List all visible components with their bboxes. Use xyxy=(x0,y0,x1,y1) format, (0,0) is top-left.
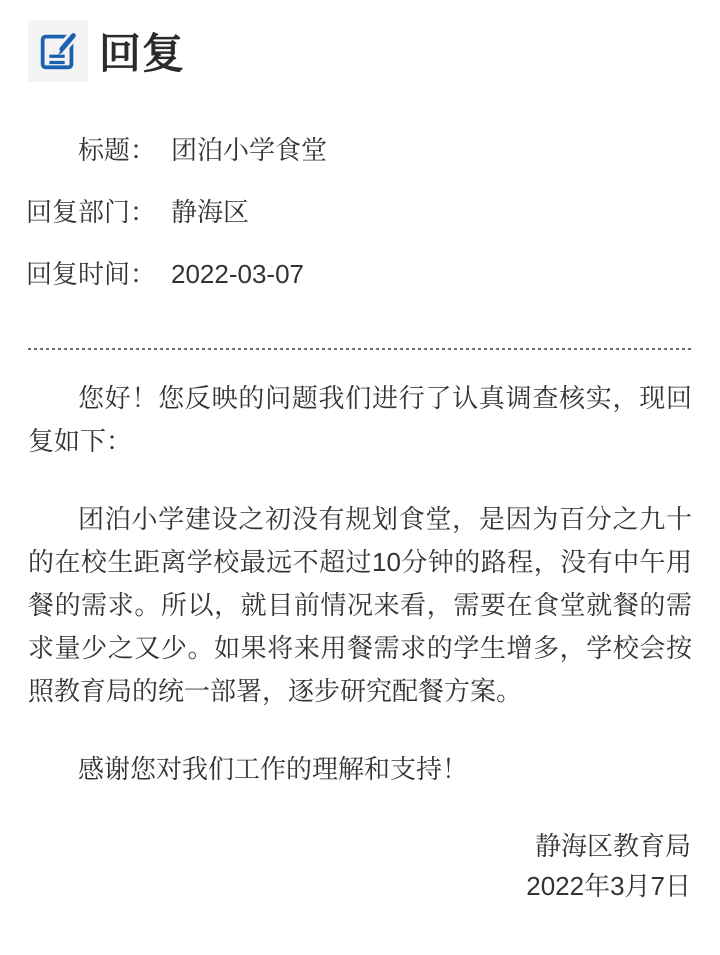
field-label-department: 回复部门： xyxy=(0,196,156,228)
field-label-title: 标题： xyxy=(0,134,156,166)
edit-note-icon xyxy=(28,20,88,82)
signature-block: 静海区教育局 2022年3月7日 xyxy=(0,826,720,906)
reply-page: 回复 标题： 团泊小学食堂 回复部门： 静海区 回复时间： 2022-03-07… xyxy=(0,0,720,955)
field-value-title: 团泊小学食堂 xyxy=(171,134,327,166)
paragraph-greeting: 您好！您反映的问题我们进行了认真调查核实，现回复如下： xyxy=(28,377,692,463)
field-row-department: 回复部门： 静海区 xyxy=(0,196,720,228)
header: 回复 xyxy=(0,0,720,82)
paragraph-explanation: 团泊小学建设之初没有规划食堂，是因为百分之九十的在校生距离学校最远不超过10分钟… xyxy=(28,498,692,713)
field-row-title: 标题： 团泊小学食堂 xyxy=(0,134,720,166)
field-value-department: 静海区 xyxy=(171,196,249,228)
signature-date: 2022年3月7日 xyxy=(0,866,691,906)
signature-department: 静海区教育局 xyxy=(0,826,691,866)
field-label-reply-time: 回复时间： xyxy=(0,258,156,290)
paragraph-thanks: 感谢您对我们工作的理解和支持！ xyxy=(28,748,692,791)
field-row-reply-time: 回复时间： 2022-03-07 xyxy=(0,258,720,290)
reply-meta: 标题： 团泊小学食堂 回复部门： 静海区 回复时间： 2022-03-07 xyxy=(0,134,720,290)
dashed-divider xyxy=(28,348,692,350)
field-value-reply-time: 2022-03-07 xyxy=(171,258,304,290)
page-title: 回复 xyxy=(99,21,185,81)
reply-body: 您好！您反映的问题我们进行了认真调查核实，现回复如下： 团泊小学建设之初没有规划… xyxy=(28,377,692,791)
